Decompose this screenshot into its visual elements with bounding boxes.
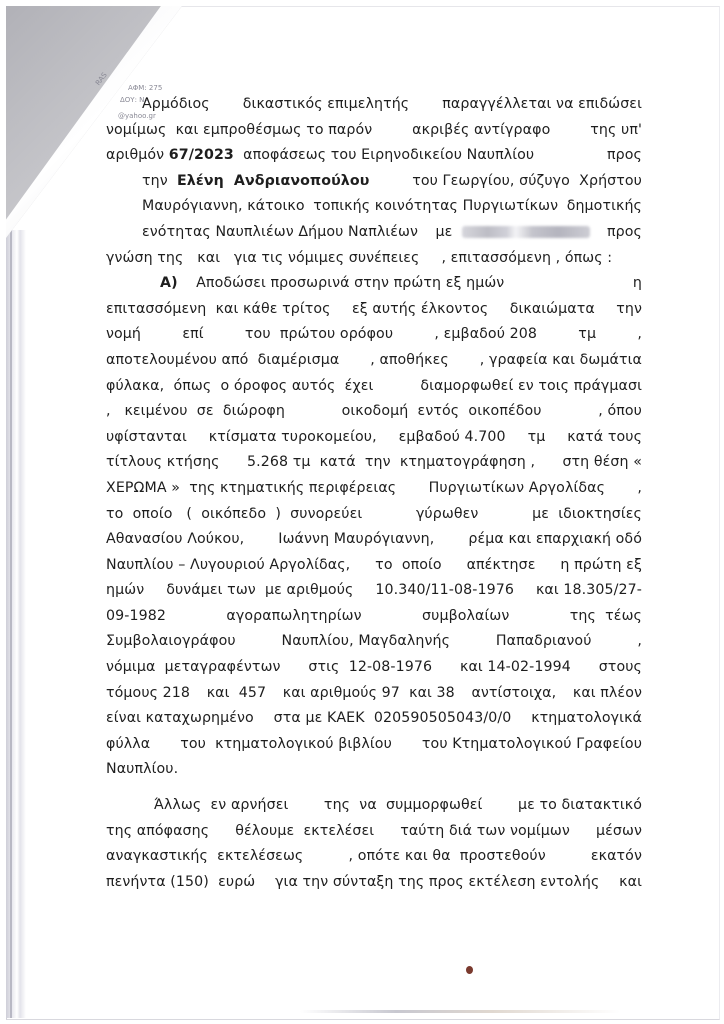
text: του πρώτου ορόφου: [245, 322, 393, 348]
text: θέλουμε εκτελέσει: [235, 819, 374, 845]
text-line: Α) Αποδώσει προσωρινά στην πρώτη εξ ημών…: [106, 271, 642, 297]
text-line: είναι καταχωρημένο στα με ΚΑΕΚ 020590505…: [106, 706, 642, 732]
text: με ιδιοκτησίες: [532, 502, 642, 528]
text: και πλέον: [573, 681, 642, 707]
text: τμ: [578, 322, 596, 348]
text: νομίμως και εμπροθέσμως το παρόν: [106, 118, 372, 144]
text: κτίσματα τυροκομείου,: [209, 425, 377, 451]
text-line: Αρμόδιος δικαστικός επιμελητής παραγγέλλ…: [106, 92, 642, 118]
text: τμ: [528, 425, 546, 451]
text: Ιωάννη Μαυρόγιαννη,: [278, 527, 434, 553]
text: Μαυρόγιαννη, κάτοικο: [142, 194, 305, 220]
text: και: [619, 870, 642, 896]
text: της τέως: [570, 604, 642, 630]
text: ρέμα και επαρχιακή οδό: [468, 527, 642, 553]
text: στους: [599, 655, 642, 681]
text: απέκτησε: [467, 553, 536, 579]
text: ενότητας Ναυπλιέων Δήμου Ναπλιέων: [142, 220, 418, 246]
text: Άλλως εν αρνήσει: [154, 793, 288, 819]
text: και 18.305/27-: [536, 578, 642, 604]
text: μέσων: [596, 819, 642, 845]
text: πενήντα (150) ευρώ: [106, 870, 255, 896]
text: παραγγέλλεται να επιδώσει: [442, 92, 642, 118]
text: ,: [637, 322, 642, 348]
text: , αποθήκες: [370, 348, 449, 374]
text-line: φύλλα του κτηματολογικού βιβλίου του Κτη…: [106, 732, 642, 758]
text-line: νομίμως και εμπροθέσμως το παρόν ακριβές…: [106, 118, 642, 144]
text: του κτηματολογικού βιβλίου: [180, 732, 392, 758]
text: διαμορφωθεί εν τοις πράγμασι: [420, 374, 642, 400]
text-line: πενήντα (150) ευρώ για την σύνταξη της π…: [106, 870, 642, 896]
text: της υπ': [590, 118, 642, 144]
text-line: νομή επί του πρώτου ορόφου , εμβαδού 208…: [106, 322, 642, 348]
text: επί: [182, 322, 203, 348]
text: για την σύνταξη της προς εκτέλεση εντολή…: [275, 870, 599, 896]
text-line: τόμους 218 και 457 και αριθμούς 97 και 3…: [106, 681, 642, 707]
decision-number: 67/2023: [169, 147, 234, 163]
text-line: Ναυπλίου.: [106, 757, 642, 783]
text: και 457: [207, 681, 266, 707]
text: την: [616, 297, 642, 323]
text: Συμβολαιογράφου: [106, 629, 236, 655]
text: ακριβές αντίγραφο: [412, 118, 550, 144]
section-marker: Α): [160, 275, 178, 291]
text: αντίστοιχα,: [471, 681, 556, 707]
text: γνώση της και για τις νόμιμες συνέπειες: [106, 246, 419, 272]
text-line: Ναυπλίου – Λυγουριού Αργολίδας, το οποίο…: [106, 553, 642, 579]
text: ,: [637, 476, 642, 502]
text: , γραφεία και δωμάτια: [480, 348, 642, 374]
text: , οπότε και θα προστεθούν: [348, 844, 545, 870]
text: , όπου: [598, 399, 642, 425]
page-stack-edge-line: [10, 230, 12, 1018]
text: δικαστικός επιμελητής: [243, 92, 409, 118]
text: επιτασσόμενη και κάθε τρίτος: [106, 297, 331, 323]
text: αγοραπωλητηρίων: [226, 604, 361, 630]
text-line: Συμβολαιογράφου Ναυπλίου, Μαγδαληνής Παπ…: [106, 629, 642, 655]
text: Αθανασίου Λούκου,: [106, 527, 244, 553]
text: Πυργιωτίκων Αργολίδας: [429, 476, 605, 502]
text: τοπικής κοινότητας Πυργιωτίκων: [313, 194, 558, 220]
text: κτηματολογικά: [531, 706, 642, 732]
text: εμβαδού 4.700: [399, 425, 506, 451]
text: φύλακα, όπως ο όροφος αυτός έχει: [106, 374, 373, 400]
text-line: το οποίο ( οικόπεδο ) συνορεύει γύρωθεν …: [106, 502, 642, 528]
text: τίτλους κτήσης: [106, 450, 220, 476]
redacted-tax-id: [462, 226, 590, 238]
text: νομή: [106, 322, 141, 348]
stamp-fragment: ΑΦΜ: 275: [128, 84, 162, 92]
text-line: φύλακα, όπως ο όροφος αυτός έχει διαμορφ…: [106, 374, 642, 400]
text: Παπαδριανού: [496, 629, 592, 655]
text: τόμους 218: [106, 681, 190, 707]
ink-spot: [466, 966, 473, 974]
text: δυνάμει των με αριθμούς: [166, 578, 353, 604]
text-line: αναγκαστικής εκτελέσεως , οπότε και θα π…: [106, 844, 642, 870]
text-line: αποτελουμένου από διαμέρισμα , αποθήκες …: [106, 348, 642, 374]
text: οικοδομή εντός οικοπέδου: [342, 399, 542, 425]
text: προς: [607, 143, 642, 169]
text-line: Άλλως εν αρνήσει της να συμμορφωθεί με τ…: [106, 793, 642, 819]
text: Ναυπλίου, Μαγδαληνής: [282, 629, 450, 655]
text: Αρμόδιος: [142, 92, 210, 118]
recipient-name: Ελένη Ανδριανοπούλου: [177, 173, 369, 189]
text: του Κτηματολογικού Γραφείου: [422, 732, 642, 758]
text: , εμβαδού 208: [434, 322, 537, 348]
text: και 14-02-1994: [460, 655, 571, 681]
text-line: 09-1982 αγοραπωλητηρίων συμβολαίων της τ…: [106, 604, 642, 630]
text-line: τίτλους κτήσης 5.268 τμ κατά την κτηματο…: [106, 450, 642, 476]
text: νόμιμα μεταγραφέντων: [106, 655, 281, 681]
text: δημοτικής: [567, 194, 642, 220]
text-line: ΧΕΡΩΜΑ » της κτηματικής περιφέρειας Πυργ…: [106, 476, 642, 502]
text-line: της απόφασης θέλουμε εκτελέσει ταύτη διά…: [106, 819, 642, 845]
text: στη θέση «: [562, 450, 642, 476]
text: εκατόν: [591, 844, 642, 870]
text-line: ημών δυνάμει των με αριθμούς 10.340/11-0…: [106, 578, 642, 604]
text: 09-1982: [106, 604, 166, 630]
text-line: αριθμόν 67/2023 αποφάσεως του Ειρηνοδικε…: [106, 143, 642, 169]
text-line: Αθανασίου Λούκου, Ιωάννη Μαυρόγιαννη, ρέ…: [106, 527, 642, 553]
text: , κειμένου σε διώροφη: [106, 399, 285, 425]
text: δικαιώματα: [510, 297, 595, 323]
text: της απόφασης: [106, 819, 209, 845]
text-line: , κειμένου σε διώροφη οικοδομή εντός οικ…: [106, 399, 642, 425]
scan-smudge: [300, 1010, 620, 1013]
text-line: ενότητας Ναυπλιέων Δήμου Ναπλιέων με προ…: [106, 220, 642, 246]
text: γύρωθεν: [416, 502, 478, 528]
text: ,: [637, 629, 642, 655]
text: ταύτη διά των νομίμων: [400, 819, 570, 845]
text: υφίστανται: [106, 425, 187, 451]
text: με το διατακτικό: [518, 793, 642, 819]
text-line: υφίστανται κτίσματα τυροκομείου, εμβαδού…: [106, 425, 642, 451]
text: 10.340/11-08-1976: [375, 578, 514, 604]
document-body: Αρμόδιος δικαστικός επιμελητής παραγγέλλ…: [106, 92, 642, 895]
text: η: [633, 271, 642, 297]
text: Ναυπλίου – Λυγουριού Αργολίδας,: [106, 553, 350, 579]
text: η πρώτη εξ: [560, 553, 642, 579]
text: εξ αυτής έλκοντος: [352, 297, 488, 323]
text: στις 12-08-1976: [308, 655, 432, 681]
text: συμβολαίων: [422, 604, 509, 630]
text: την Ελένη Ανδριανοπούλου: [142, 169, 369, 195]
text: αποτελουμένου από διαμέρισμα: [106, 348, 339, 374]
page-stack-edge: [6, 230, 26, 1018]
text: Ναυπλίου.: [106, 757, 178, 783]
text: είναι καταχωρημένο: [106, 706, 254, 732]
text: αναγκαστικής εκτελέσεως: [106, 844, 303, 870]
text: το οποίο: [375, 553, 442, 579]
text: , επιτασσόμενη , όπως :: [441, 246, 612, 272]
text: με: [435, 220, 589, 246]
text: ημών: [106, 578, 144, 604]
text: 5.268 τμ κατά την κτηματογράφηση ,: [247, 450, 535, 476]
text: Α) Αποδώσει προσωρινά στην πρώτη εξ ημών: [160, 271, 504, 297]
text: προς: [607, 220, 642, 246]
text-line: νόμιμα μεταγραφέντων στις 12-08-1976 και…: [106, 655, 642, 681]
text: το οποίο ( οικόπεδο ) συνορεύει: [106, 502, 362, 528]
text: στα με ΚΑΕΚ 020590505043/0/0: [274, 706, 512, 732]
text: της να συμμορφωθεί: [324, 793, 483, 819]
text: και αριθμούς 97 και 38: [283, 681, 455, 707]
text-line: γνώση της και για τις νόμιμες συνέπειες …: [106, 246, 642, 272]
text: κατά τους: [567, 425, 642, 451]
text: φύλλα: [106, 732, 150, 758]
text: ΧΕΡΩΜΑ » της κτηματικής περιφέρειας: [106, 476, 396, 502]
text: του Γεωργίου, σύζυγο Χρήστου: [412, 169, 642, 195]
text-line: Μαυρόγιαννη, κάτοικο τοπικής κοινότητας …: [106, 194, 642, 220]
text-line: την Ελένη Ανδριανοπούλου του Γεωργίου, σ…: [106, 169, 642, 195]
text-line: επιτασσόμενη και κάθε τρίτος εξ αυτής έλ…: [106, 297, 642, 323]
text: αριθμόν 67/2023 αποφάσεως του Ειρηνοδικε…: [106, 143, 534, 169]
